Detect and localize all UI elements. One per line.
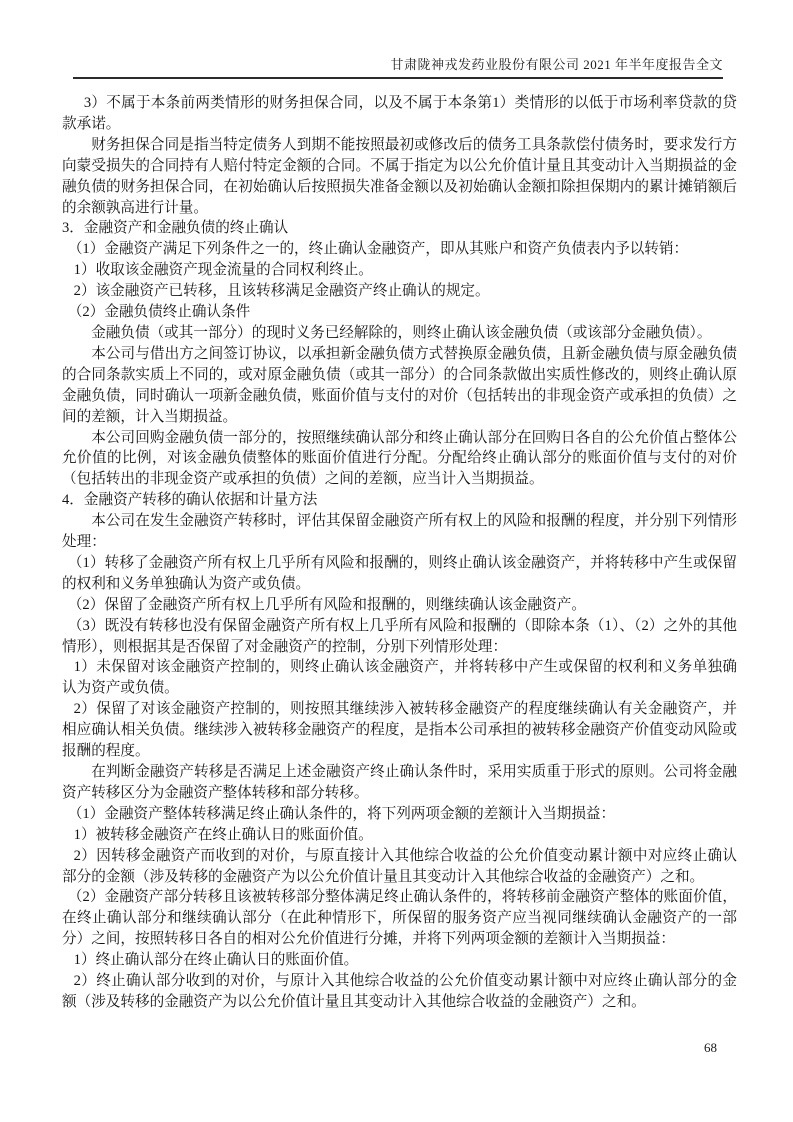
- paragraph: （3）既没有转移也没有保留金融资产所有权上几乎所有风险和报酬的（即除本条（1）、…: [62, 616, 737, 658]
- paragraph: 3）不属于本条前两类情形的财务担保合同，以及不属于本条第1）类情形的以低于市场利…: [62, 93, 737, 135]
- paragraph: 2）因转移金融资产而收到的对价，与原直接计入其他综合收益的公允价值变动累计额中对…: [62, 846, 737, 888]
- paragraph: 4．金融资产转移的确认依据和计量方法: [62, 490, 737, 511]
- paragraph: 2）该金融资产已转移，且该转移满足金融资产终止确认的规定。: [62, 281, 737, 302]
- report-page: 甘肃陇神戎发药业股份有限公司 2021 年半年度报告全文 3）不属于本条前两类情…: [0, 0, 793, 1122]
- paragraph: 在判断金融资产转移是否满足上述金融资产终止确认条件时，采用实质重于形式的原则。公…: [62, 762, 737, 804]
- paragraph: 1）被转移金融资产在终止确认日的账面价值。: [62, 825, 737, 846]
- paragraph: 1）终止确认部分在终止确认日的账面价值。: [62, 950, 737, 971]
- header-title: 甘肃陇神戎发药业股份有限公司 2021 年半年度报告全文: [390, 57, 723, 72]
- paragraph: 2）终止确认部分收到的对价，与原计入其他综合收益的公允价值变动累计额中对应终止确…: [62, 971, 737, 1013]
- paragraph: 金融负债（或其一部分）的现时义务已经解除的，则终止确认该金融负债（或该部分金融负…: [62, 323, 737, 344]
- paragraph: 本公司与借出方之间签订协议，以承担新金融负债方式替换原金融负债，且新金融负债与原…: [62, 344, 737, 428]
- paragraph: （2）金融资产部分转移且该被转移部分整体满足终止确认条件的，将转移前金融资产整体…: [62, 887, 737, 950]
- paragraph: 1）未保留对该金融资产控制的，则终止确认该金融资产，并将转移中产生或保留的权利和…: [62, 657, 737, 699]
- paragraph: （2）金融负债终止确认条件: [62, 302, 737, 323]
- paragraph: （2）保留了金融资产所有权上几乎所有风险和报酬的，则继续确认该金融资产。: [62, 595, 737, 616]
- paragraph: 本公司回购金融负债一部分的，按照继续确认部分和终止确认部分在回购日各自的公允价值…: [62, 428, 737, 491]
- page-number: 68: [704, 1040, 717, 1056]
- paragraph: 本公司在发生金融资产转移时，评估其保留金融资产所有权上的风险和报酬的程度，并分别…: [62, 511, 737, 553]
- page-header: 甘肃陇神戎发药业股份有限公司 2021 年半年度报告全文: [73, 54, 723, 73]
- document-body: 3）不属于本条前两类情形的财务担保合同，以及不属于本条第1）类情形的以低于市场利…: [62, 93, 737, 1013]
- paragraph: （1）金融资产满足下列条件之一的，终止确认金融资产，即从其账户和资产负债表内予以…: [62, 239, 737, 260]
- header-rule: [73, 77, 723, 79]
- paragraph: 2）保留了对该金融资产控制的，则按照其继续涉入被转移金融资产的程度继续确认有关金…: [62, 699, 737, 762]
- paragraph: 3．金融资产和金融负债的终止确认: [62, 218, 737, 239]
- paragraph: （1）转移了金融资产所有权上几乎所有风险和报酬的，则终止确认该金融资产，并将转移…: [62, 553, 737, 595]
- paragraph: （1）金融资产整体转移满足终止确认条件的，将下列两项金额的差额计入当期损益：: [62, 804, 737, 825]
- paragraph: 1）收取该金融资产现金流量的合同权利终止。: [62, 260, 737, 281]
- paragraph: 财务担保合同是指当特定债务人到期不能按照最初或修改后的债务工具条款偿付债务时，要…: [62, 135, 737, 219]
